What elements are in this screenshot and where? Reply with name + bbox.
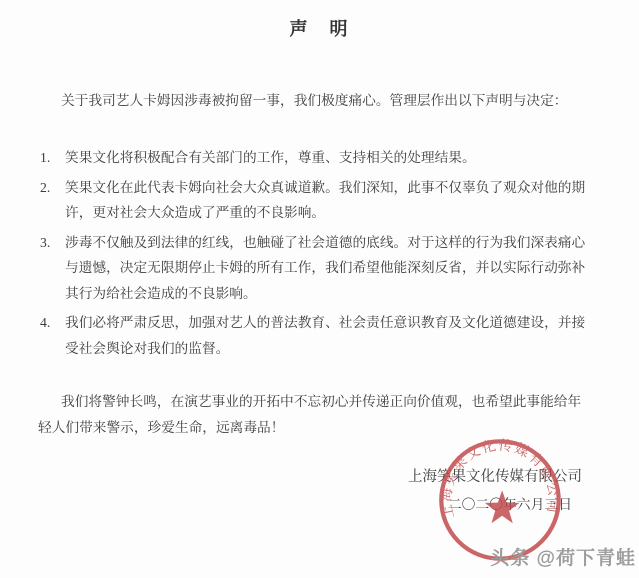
list-item-number: 2. xyxy=(40,175,65,226)
list-item-number: 1. xyxy=(40,145,65,171)
closing-paragraph: 我们将警钟长鸣，在演艺事业的开拓中不忘初心并传递正向价值观，也希望此事能给年轻人… xyxy=(38,389,586,440)
decision-list: 1. 笑果文化将积极配合有关部门的工作，尊重、支持相关的处理结果。 2. 笑果文… xyxy=(0,145,639,361)
list-item-text: 笑果文化将积极配合有关部门的工作，尊重、支持相关的处理结果。 xyxy=(65,145,589,171)
intro-paragraph: 关于我司艺人卡姆因涉毒被拘留一事，我们极度痛心。管理层作出以下声明与决定： xyxy=(38,88,602,114)
list-item-text: 我们必将严肃反思，加强对艺人的普法教育、社会责任意识教育及文化道德建设，并接受社… xyxy=(65,310,589,361)
statement-document: 声 明 关于我司艺人卡姆因涉毒被拘留一事，我们极度痛心。管理层作出以下声明与决定… xyxy=(0,0,639,578)
signature-date: 二〇二〇年六月三日 xyxy=(0,494,639,516)
list-item: 4. 我们必将严肃反思，加强对艺人的普法教育、社会责任意识教育及文化道德建设，并… xyxy=(0,310,639,361)
signature-block: 上海笑果文化传媒有限公司 二〇二〇年六月三日 xyxy=(0,466,639,516)
list-item-number: 3. xyxy=(40,230,65,307)
list-item-text: 涉毒不仅触及到法律的红线，也触碰了社会道德的底线。对于这样的行为我们深表痛心与遗… xyxy=(65,230,589,307)
page-title: 声 明 xyxy=(0,0,639,41)
list-item-number: 4. xyxy=(40,310,65,361)
watermark: 头条 @荷下青蛙 xyxy=(490,543,636,570)
list-item: 1. 笑果文化将积极配合有关部门的工作，尊重、支持相关的处理结果。 xyxy=(0,145,639,171)
list-item: 2. 笑果文化在此代表卡姆向社会大众真诚道歉。我们深知，此事不仅辜负了观众对他的… xyxy=(0,175,639,226)
list-item-text: 笑果文化在此代表卡姆向社会大众真诚道歉。我们深知，此事不仅辜负了观众对他的期许，… xyxy=(65,175,589,226)
company-name: 上海笑果文化传媒有限公司 xyxy=(0,466,639,488)
list-item: 3. 涉毒不仅触及到法律的红线，也触碰了社会道德的底线。对于这样的行为我们深表痛… xyxy=(0,230,639,307)
